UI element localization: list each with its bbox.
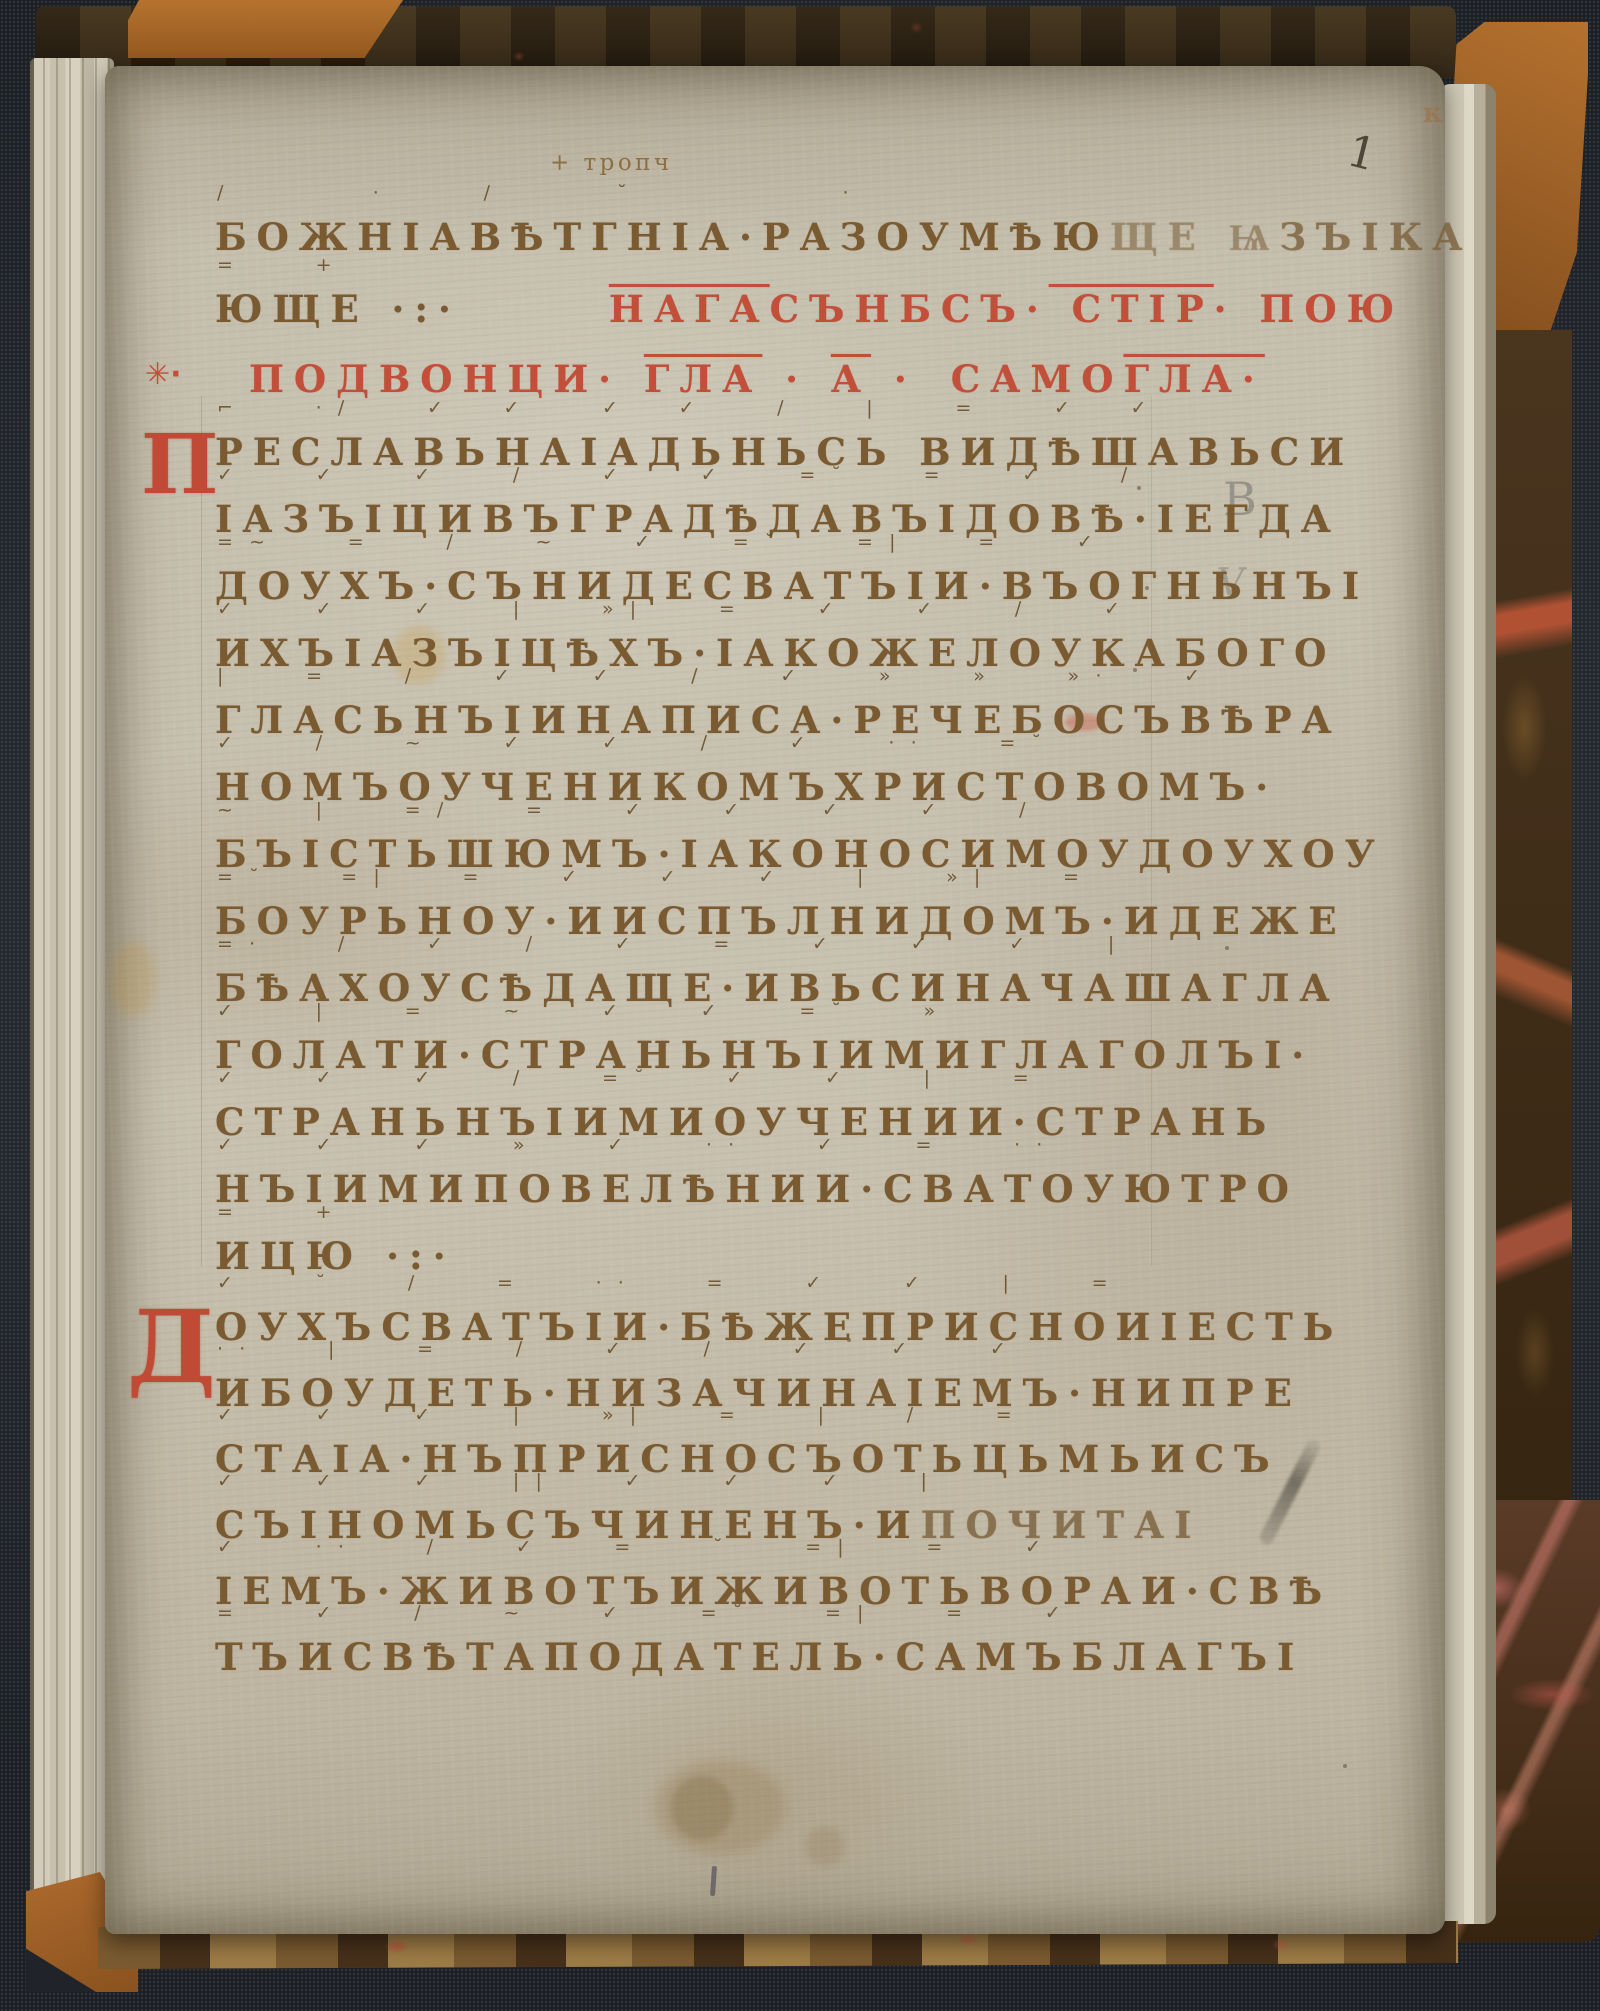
stain <box>671 1776 733 1840</box>
corner-mark: к <box>1423 98 1443 129</box>
text-line: + тропч <box>550 150 1600 176</box>
stain <box>805 1826 845 1866</box>
text-segment: ГЛА <box>644 357 762 401</box>
text-segment: ЮЩЕ ·:· <box>215 287 461 331</box>
page-edges-right <box>1438 84 1496 1924</box>
ink-stroke <box>710 1866 717 1896</box>
text-line: ТЪИСВѢТАПОДАТЕЛЬ·САМЪБЛАГЪІ <box>215 1635 1295 1679</box>
text-segment: ТЪИСВѢТАПОДАТЕЛЬ·САМЪБЛАГЪІ <box>215 1635 1304 1679</box>
text-segment: · <box>871 357 917 401</box>
ruling-line-left <box>201 396 202 1266</box>
neume-row: ✓ | = ~ ✓ ✓ =˘ » <box>217 1000 951 1022</box>
neume-row: ⌐ ·∕ ✓ ✓ ✓ ✓ ∕ | = ✓ ✓ <box>217 397 1163 419</box>
neume-row: ✓ ✓ ✓ | »| = ✓ ✓ ∕ ✓ <box>217 598 1136 620</box>
neume-row: ✓ ✓ ✓ || ✓ ✓ ✓ | <box>217 1470 943 1492</box>
neume-row: ✓ ✓ ✓ | »| = | ∕ = <box>217 1404 1028 1426</box>
neume-row: =~ = ∕ ~ ✓ =˘ =| = ✓ <box>217 531 1109 553</box>
text-segment: НАГА <box>609 287 770 331</box>
manuscript-photo: 1 к B V + тропч∕ · ∕ ˘ ·БОЖНІАВѢТГНІА·РА… <box>0 0 1600 2011</box>
paragraph-mark: ✳· <box>145 357 182 392</box>
text-line: ПОДВОНЦИ· ГЛА · А ·САМОГЛА· <box>215 357 1295 401</box>
neume-row: ∕ · ∕ ˘ · <box>217 182 865 204</box>
neume-row: =˘ =| = ✓ ✓ ✓ | »| = <box>217 866 1095 888</box>
neume-row: ✓ ✓ ✓ ∕ ✓ ✓ =˘ = ✓ ∕ <box>217 464 1143 486</box>
text-segment: ПОДВОНЦИ· <box>249 357 644 401</box>
neume-row: ✓ ✓ ✓ ∕ =˘ ✓ ✓ | = <box>217 1067 1045 1089</box>
stain <box>111 942 155 1016</box>
text-segment: СТІР <box>1049 287 1214 331</box>
manuscript-line-1: ∕ · ∕ ˘ ·БОЖНІАВѢТГНІА·РАЗОУМѢЮЩЕ ѨЗЪІКА <box>215 215 1295 263</box>
text-segment: СЪНБСЪ· <box>770 287 1049 331</box>
text-segment: ГЛА· <box>1124 357 1265 401</box>
neume-row: ✓ ·· ∕ ✓ = ˘ =| = ✓ <box>217 1536 1057 1558</box>
parchment-page: 1 к B V + тропч∕ · ∕ ˘ ·БОЖНІАВѢТГНІА·РА… <box>105 66 1445 1934</box>
neume-row: | = ∕ ✓ ✓ ∕ ✓ » » »· ✓ <box>217 665 1216 687</box>
neume-row: = + <box>217 1201 348 1223</box>
text-segment: А <box>831 357 871 401</box>
text-segment: БОЖНІАВѢТГНІА·РАЗОУМѢЮ <box>215 215 1110 259</box>
page-edges-left <box>30 58 114 1964</box>
manuscript-line-15: ✓ ✓ ✓ » ✓ ·· ✓ = ··НЪІИМИПОВЕЛѢНИИ·СВАТО… <box>215 1167 1295 1215</box>
text-segment: САМО <box>951 357 1124 401</box>
text-segment: ЗЪІКА <box>1279 215 1472 259</box>
stain <box>655 1760 785 1855</box>
text-segment: · <box>762 357 831 401</box>
neume-row: ~ | =∕ = ✓ ✓ ✓ ✓ ∕ <box>217 799 1042 821</box>
speck <box>1137 486 1141 490</box>
text-line: БОЖНІАВѢТГНІА·РАЗОУМѢЮЩЕ ѨЗЪІКА <box>215 215 1295 259</box>
illuminated-initial: Д <box>127 1297 216 1397</box>
neume-row: ✓ ✓ ✓ » ✓ ·· ✓ = ·· <box>217 1134 1059 1156</box>
text-segment: ЩЕ Ѩ <box>1110 215 1280 259</box>
neume-row: = ✓ ∕ ~ ✓ =˘ =| = ✓ <box>217 1602 1077 1624</box>
neume-row: ·· | = ∕ ✓ ∕ ✓ ✓ ✓ <box>217 1338 1022 1360</box>
text-segment: · ПОЮ <box>1214 287 1405 331</box>
text-line: НЪІИМИПОВЕЛѢНИИ·СВАТОУЮТРО <box>215 1167 1295 1211</box>
text-segment: НЪІИМИПОВЕЛѢНИИ·СВАТОУЮТРО <box>215 1167 1299 1211</box>
manuscript-line-22: = ✓ ∕ ~ ✓ =˘ =| = ✓ТЪИСВѢТАПОДАТЕЛЬ·САМЪ… <box>215 1635 1295 1683</box>
neume-row: =· ∕ ✓ ∕ ✓ = ✓ ✓ ✓ | <box>217 933 1130 955</box>
illuminated-initial: П <box>141 424 218 506</box>
neume-row: ✓ ∕ ~ ✓ ✓ ∕ ✓ ·· =˘ <box>217 732 1057 754</box>
manuscript-line-2: = +ЮЩЕ ·:·НАГАСЪНБСЪ· СТІР· ПОЮ <box>215 287 1295 335</box>
neume-row: ✓ ˘ ∕ = ·· = ✓ ✓ | = <box>217 1272 1124 1294</box>
speck <box>1343 1764 1347 1768</box>
text-line: ЮЩЕ ·:·НАГАСЪНБСЪ· СТІР· ПОЮ <box>215 287 1295 331</box>
binding-corner-top-left <box>128 0 403 58</box>
neume-row: = + <box>217 254 348 276</box>
